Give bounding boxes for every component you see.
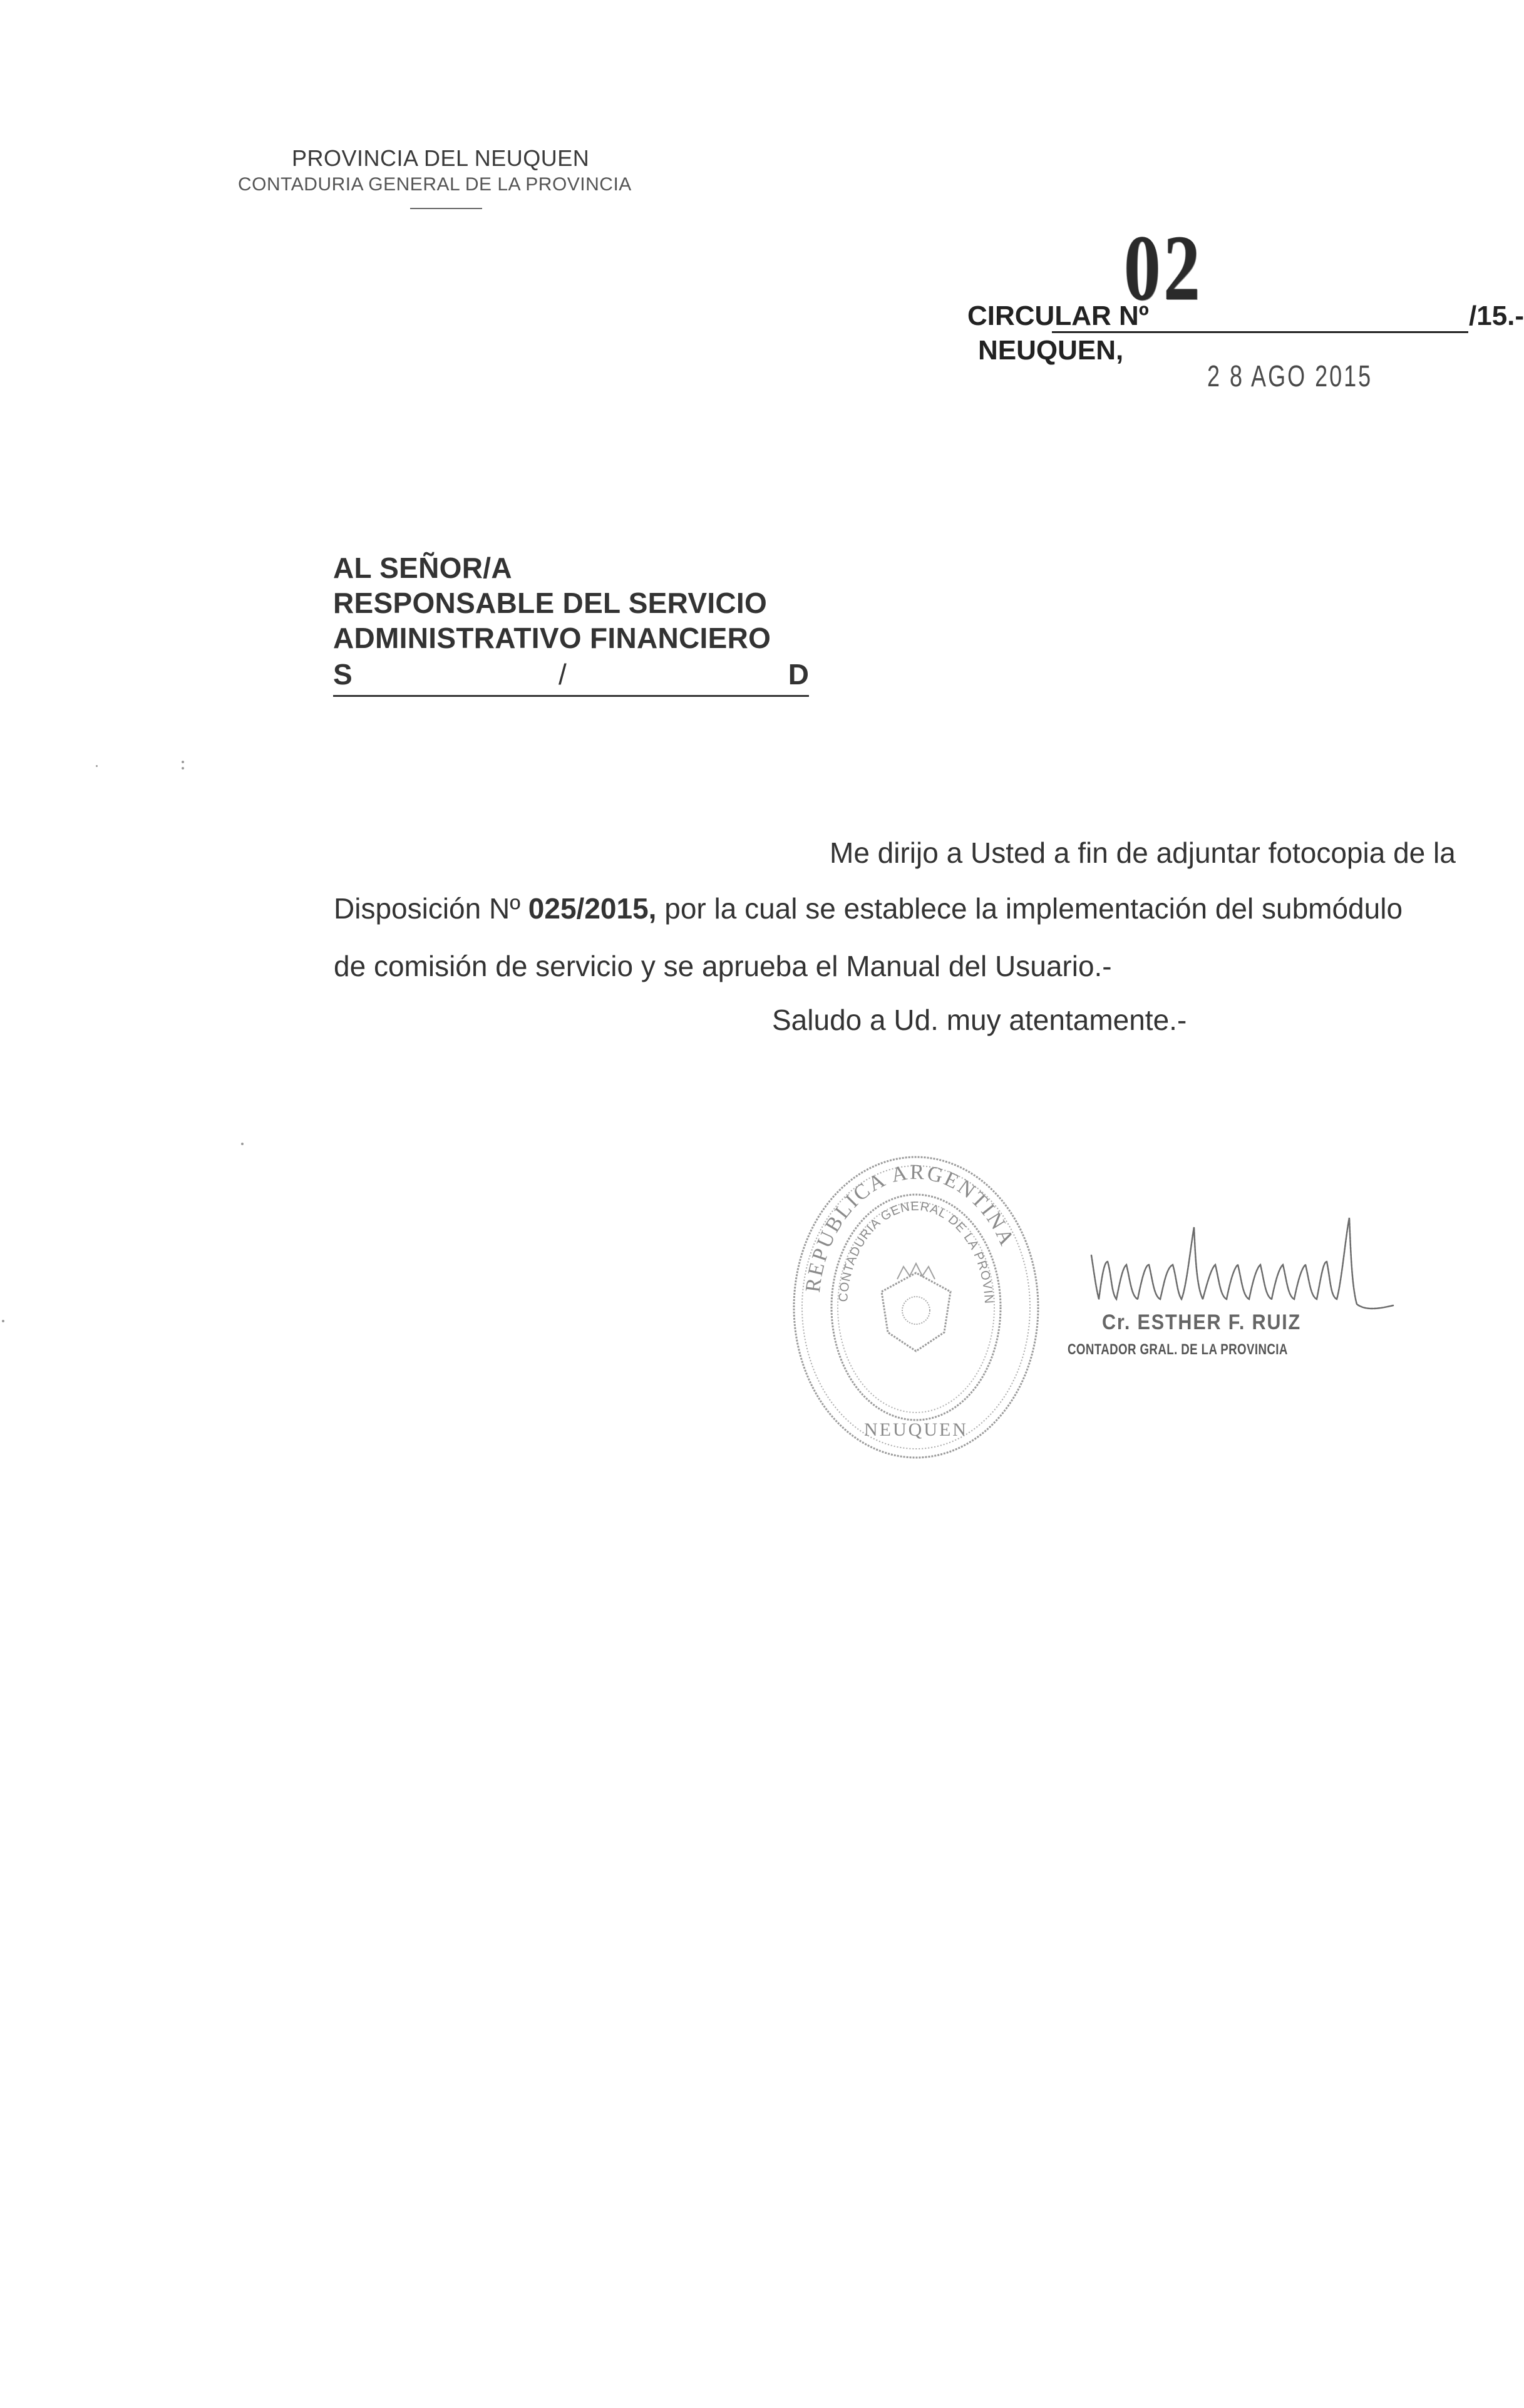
scan-speck [182,761,184,763]
circular-number-underline [1052,331,1468,333]
disposition-number: 025/2015, [528,892,657,925]
city-label: NEUQUEN, [978,335,1123,366]
scan-speck [2,1320,4,1322]
su-despacho-line: S / D [333,657,809,697]
addressee-line-3: ADMINISTRATIVO FINANCIERO [333,621,771,655]
svg-text:NEUQUEN: NEUQUEN [864,1419,968,1440]
body-line-2: Disposición Nº 025/2015, por la cual se … [334,892,1403,925]
circular-year-suffix: /15.- [1469,301,1524,332]
letterhead-divider [410,208,482,209]
sd-right: D [788,657,809,691]
sd-left: S [333,657,353,691]
scan-speck [96,765,98,767]
body-line-1: Me dirijo a Usted a fin de adjuntar foto… [830,836,1456,870]
scan-speck [182,767,184,769]
handwritten-signature-icon [1080,1212,1399,1312]
signatory-name: Cr. ESTHER F. RUIZ [1102,1310,1301,1335]
letterhead-province: PROVINCIA DEL NEUQUEN [292,145,589,172]
body-line-2-post: por la cual se establece la implementaci… [656,892,1403,925]
body-line-3: de comisión de servicio y se aprueba el … [334,949,1112,983]
date-stamp: 2 8 AGO 2015 [1207,359,1372,394]
signatory-title: CONTADOR GRAL. DE LA PROVINCIA [1068,1341,1288,1359]
official-seal-icon: REPUBLICA ARGENTINA CONTADURIA GENERAL D… [788,1151,1044,1464]
circular-number-stamp: 02 [1124,214,1203,322]
addressee-line-2: RESPONSABLE DEL SERVICIO [333,586,767,620]
circular-label: CIRCULAR Nº [967,301,1149,332]
body-line-2-pre: Disposición Nº [334,892,528,925]
closing-salutation: Saludo a Ud. muy atentamente.- [772,1003,1187,1037]
addressee-line-1: AL SEÑOR/A [333,551,512,585]
letterhead-office: CONTADURIA GENERAL DE LA PROVINCIA [238,174,632,195]
sd-slash: / [559,657,567,691]
scan-speck [241,1143,244,1145]
